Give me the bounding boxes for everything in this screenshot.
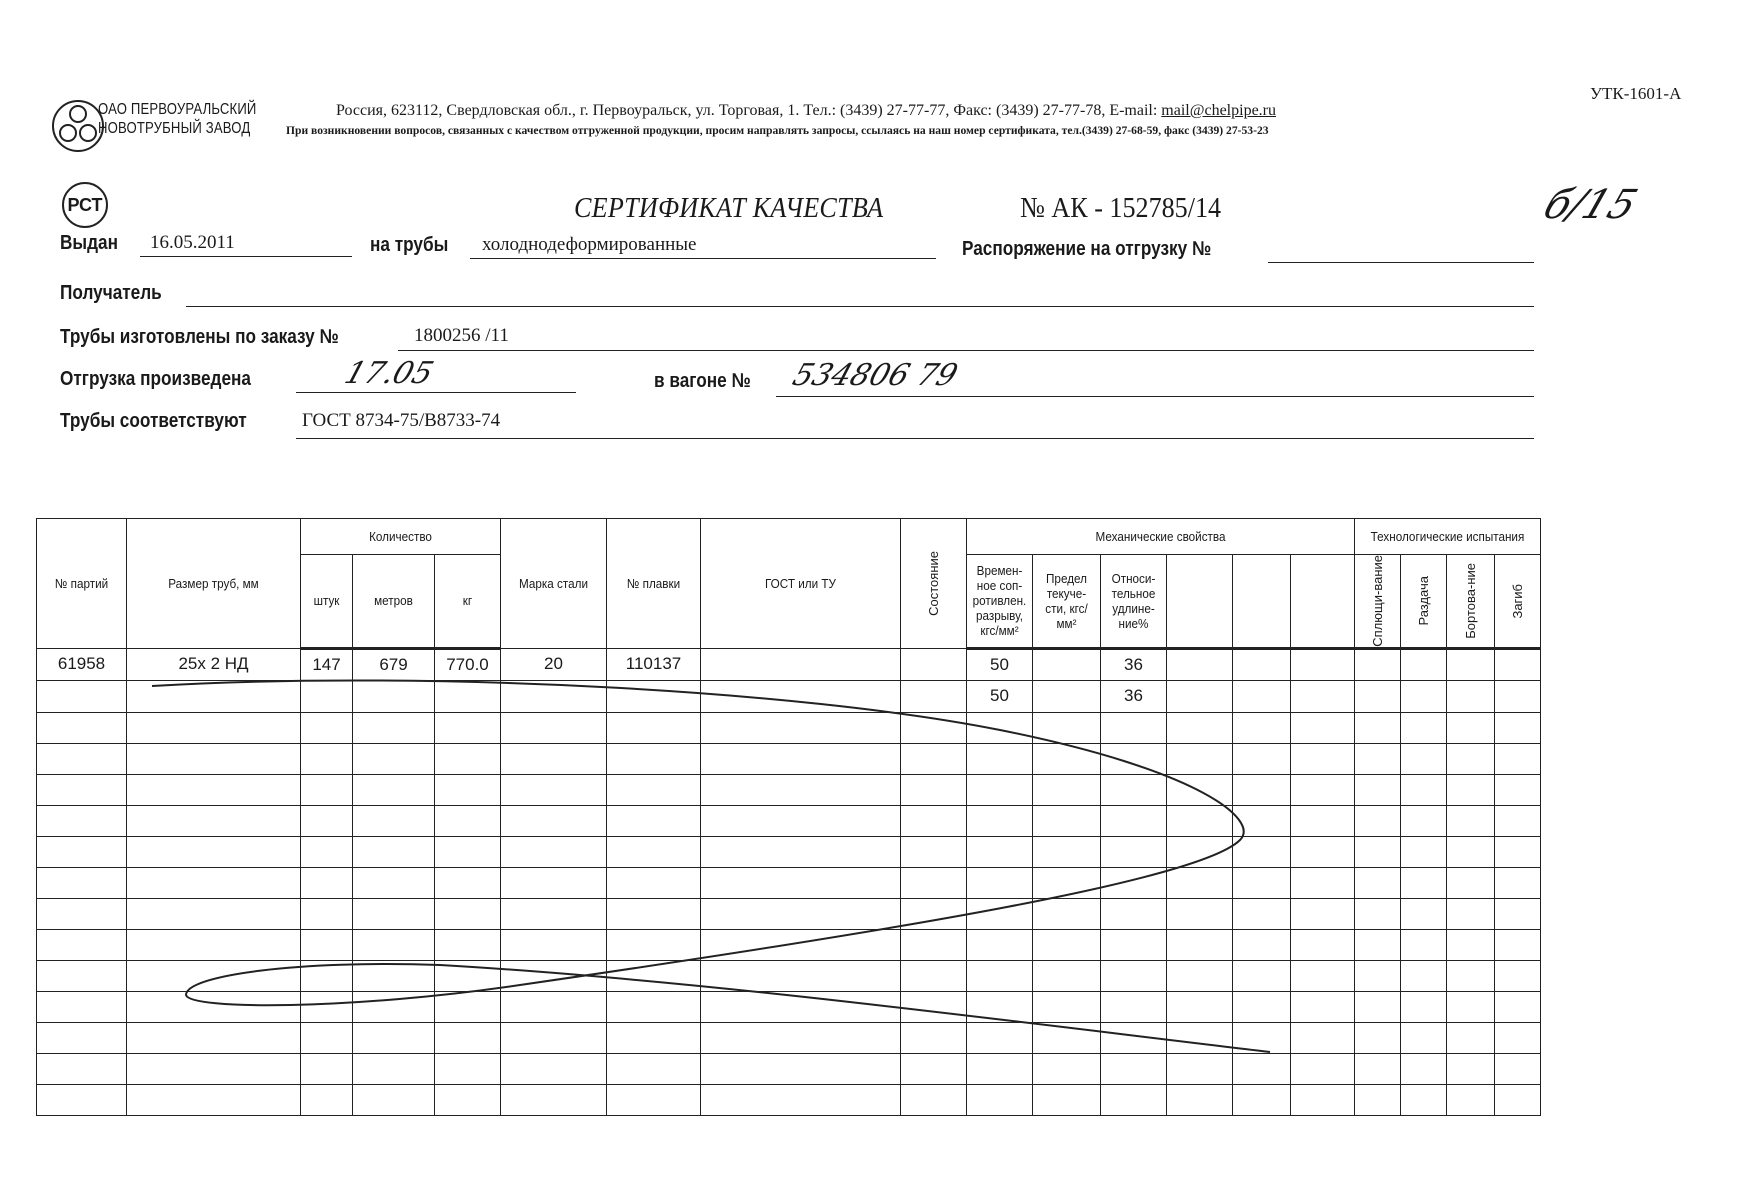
table-cell-m1: [1167, 743, 1233, 774]
table-cell-size: [127, 774, 301, 805]
table-cell-t2: [1401, 712, 1447, 743]
table-cell-melt: [607, 805, 701, 836]
table-cell-tensile: [967, 867, 1033, 898]
table-cell-pieces: [301, 929, 353, 960]
table-cell-t4: [1495, 743, 1541, 774]
table-cell-batch: [37, 898, 127, 929]
header-technological: Технологические испытания: [1355, 519, 1541, 555]
table-cell-t1: [1355, 743, 1401, 774]
table-cell-batch: [37, 1084, 127, 1115]
table-cell-tensile: [967, 805, 1033, 836]
table-cell-m3: [1291, 836, 1355, 867]
table-row: [37, 929, 1541, 960]
rst-certification-icon: РСТ: [62, 182, 108, 228]
table-cell-melt: [607, 991, 701, 1022]
table-cell-m3: [1291, 805, 1355, 836]
wagon-label: в вагоне №: [654, 370, 751, 393]
table-cell-m1: [1167, 774, 1233, 805]
table-cell-steel: [501, 805, 607, 836]
table-row: [37, 898, 1541, 929]
table-cell-state: [901, 743, 967, 774]
table-cell-pieces: [301, 1053, 353, 1084]
table-cell-meters: [353, 712, 435, 743]
table-cell-state: [901, 774, 967, 805]
table-cell-tensile: 50: [967, 680, 1033, 712]
table-cell-yield: [1033, 1022, 1101, 1053]
table-cell-m2: [1233, 680, 1291, 712]
table-cell-m2: [1233, 774, 1291, 805]
table-cell-t4: [1495, 1053, 1541, 1084]
table-cell-melt: [607, 836, 701, 867]
table-cell-steel: [501, 743, 607, 774]
table-cell-pieces: [301, 1022, 353, 1053]
table-cell-elong: [1101, 867, 1167, 898]
table-cell-kg: [435, 1053, 501, 1084]
table-cell-yield: [1033, 867, 1101, 898]
header-state: Состояние: [901, 519, 967, 649]
table-cell-t4: [1495, 712, 1541, 743]
table-cell-state: [901, 929, 967, 960]
table-cell-m2: [1233, 960, 1291, 991]
table-cell-meters: [353, 1053, 435, 1084]
header-mech-blank-1: [1167, 555, 1233, 649]
table-cell-m2: [1233, 743, 1291, 774]
table-cell-tensile: [967, 1084, 1033, 1115]
table-cell-melt: [607, 867, 701, 898]
table-cell-tensile: [967, 743, 1033, 774]
table-cell-meters: [353, 680, 435, 712]
table-cell-tensile: [967, 836, 1033, 867]
table-cell-t4: [1495, 1084, 1541, 1115]
table-cell-steel: [501, 991, 607, 1022]
table-cell-t2: [1401, 898, 1447, 929]
table-cell-kg: [435, 774, 501, 805]
table-cell-kg: [435, 867, 501, 898]
table-row: [37, 960, 1541, 991]
table-cell-gost: [701, 898, 901, 929]
table-cell-tensile: [967, 898, 1033, 929]
table-cell-melt: [607, 1084, 701, 1115]
table-cell-elong: [1101, 960, 1167, 991]
table-cell-elong: 36: [1101, 648, 1167, 680]
table-cell-melt: [607, 1053, 701, 1084]
header-mech-blank-2: [1233, 555, 1291, 649]
table-cell-t3: [1447, 867, 1495, 898]
table-cell-state: [901, 712, 967, 743]
table-cell-state: [901, 960, 967, 991]
table-cell-size: [127, 1022, 301, 1053]
table-cell-size: [127, 836, 301, 867]
email-link[interactable]: mail@chelpipe.ru: [1161, 102, 1276, 119]
table-cell-batch: [37, 960, 127, 991]
table-cell-pieces: 147: [301, 648, 353, 680]
header-pieces: штук: [301, 555, 353, 649]
table-cell-tensile: [967, 1022, 1033, 1053]
table-cell-gost: [701, 991, 901, 1022]
table-cell-yield: [1033, 960, 1101, 991]
table-cell-kg: [435, 743, 501, 774]
table-cell-pieces: [301, 1084, 353, 1115]
table-cell-kg: [435, 991, 501, 1022]
company-name-line1: ОАО ПЕРВОУРАЛЬСКИЙ: [98, 100, 257, 119]
table-cell-size: [127, 867, 301, 898]
table-cell-tensile: [967, 1053, 1033, 1084]
table-row: 5036: [37, 680, 1541, 712]
header-kg: кг: [435, 555, 501, 649]
table-cell-pieces: [301, 743, 353, 774]
table-cell-t4: [1495, 867, 1541, 898]
table-cell-t3: [1447, 1084, 1495, 1115]
table-cell-state: [901, 867, 967, 898]
table-cell-t3: [1447, 1022, 1495, 1053]
table-cell-batch: [37, 1053, 127, 1084]
table-cell-t1: [1355, 960, 1401, 991]
table-cell-melt: 110137: [607, 648, 701, 680]
table-cell-elong: [1101, 1053, 1167, 1084]
table-cell-kg: [435, 898, 501, 929]
table-cell-meters: [353, 991, 435, 1022]
table-cell-m3: [1291, 712, 1355, 743]
table-cell-tensile: 50: [967, 648, 1033, 680]
table-cell-gost: [701, 1084, 901, 1115]
table-row: [37, 867, 1541, 898]
shipping-order-label: Распоряжение на отгрузку №: [962, 238, 1211, 261]
table-cell-meters: [353, 929, 435, 960]
header-quantity: Количество: [301, 519, 501, 555]
table-cell-yield: [1033, 648, 1101, 680]
table-cell-pieces: [301, 960, 353, 991]
table-cell-kg: 770.0: [435, 648, 501, 680]
header-size: Размер труб, мм: [127, 519, 301, 649]
table-cell-melt: [607, 1022, 701, 1053]
table-cell-meters: [353, 805, 435, 836]
header-batch: № партий: [37, 519, 127, 649]
table-cell-m3: [1291, 680, 1355, 712]
table-cell-yield: [1033, 929, 1101, 960]
table-cell-state: [901, 991, 967, 1022]
table-cell-steel: 20: [501, 648, 607, 680]
table-cell-size: [127, 712, 301, 743]
table-cell-batch: [37, 774, 127, 805]
table-cell-t2: [1401, 1084, 1447, 1115]
table-cell-m2: [1233, 836, 1291, 867]
table-cell-m3: [1291, 898, 1355, 929]
table-cell-gost: [701, 960, 901, 991]
table-cell-yield: [1033, 836, 1101, 867]
table-cell-m1: [1167, 648, 1233, 680]
table-cell-m3: [1291, 867, 1355, 898]
table-cell-size: [127, 1053, 301, 1084]
table-cell-m3: [1291, 1022, 1355, 1053]
table-cell-t3: [1447, 991, 1495, 1022]
table-cell-pieces: [301, 836, 353, 867]
table-cell-kg: [435, 805, 501, 836]
table-cell-kg: [435, 680, 501, 712]
table-cell-size: [127, 1084, 301, 1115]
document-code: УТК-1601-А: [1590, 84, 1681, 104]
header-yield: Предел текуче-сти, кгс/мм²: [1033, 555, 1101, 649]
table-cell-m2: [1233, 1022, 1291, 1053]
table-cell-meters: [353, 867, 435, 898]
table-cell-gost: [701, 805, 901, 836]
table-cell-m3: [1291, 960, 1355, 991]
table-cell-yield: [1033, 1084, 1101, 1115]
header-tensile: Времен-ное соп-ротивлен. разрыву, кгс/мм…: [967, 555, 1033, 649]
table-cell-melt: [607, 960, 701, 991]
table-cell-m2: [1233, 805, 1291, 836]
table-cell-m3: [1291, 774, 1355, 805]
table-cell-t1: [1355, 1022, 1401, 1053]
issued-label: Выдан: [60, 232, 118, 255]
table-cell-t1: [1355, 898, 1401, 929]
table-cell-t3: [1447, 898, 1495, 929]
header-gost: ГОСТ или ТУ: [701, 519, 901, 649]
table-cell-m2: [1233, 867, 1291, 898]
table-cell-t2: [1401, 836, 1447, 867]
table-cell-gost: [701, 774, 901, 805]
table-cell-t4: [1495, 991, 1541, 1022]
table-cell-batch: [37, 1022, 127, 1053]
table-cell-t4: [1495, 960, 1541, 991]
table-cell-gost: [701, 1022, 901, 1053]
table-cell-t1: [1355, 836, 1401, 867]
table-cell-m1: [1167, 991, 1233, 1022]
table-row: [37, 991, 1541, 1022]
table-cell-yield: [1033, 1053, 1101, 1084]
table-cell-elong: [1101, 836, 1167, 867]
table-cell-m1: [1167, 867, 1233, 898]
shipment-date-value: 17.05: [340, 356, 437, 391]
table-cell-gost: [701, 867, 901, 898]
table-cell-yield: [1033, 805, 1101, 836]
table-row: [37, 805, 1541, 836]
header-expansion: Раздача: [1401, 555, 1447, 649]
table-cell-t2: [1401, 929, 1447, 960]
table-cell-m1: [1167, 805, 1233, 836]
table-cell-t3: [1447, 960, 1495, 991]
table-cell-m1: [1167, 960, 1233, 991]
table-row: [37, 1053, 1541, 1084]
document-title: СЕРТИФИКАТ КАЧЕСТВА: [574, 192, 883, 225]
table-cell-meters: [353, 743, 435, 774]
table-cell-yield: [1033, 774, 1101, 805]
header-elongation: Относи-тельное удлине-ние%: [1101, 555, 1167, 649]
table-row: [37, 1084, 1541, 1115]
table-cell-size: [127, 898, 301, 929]
table-cell-steel: [501, 836, 607, 867]
table-cell-t2: [1401, 805, 1447, 836]
table-cell-steel: [501, 898, 607, 929]
table-cell-pieces: [301, 867, 353, 898]
header-melt: № плавки: [607, 519, 701, 649]
table-row: 6195825х 2 НД147679770.0201101375036: [37, 648, 1541, 680]
table-cell-state: [901, 836, 967, 867]
table-cell-m1: [1167, 680, 1233, 712]
table-cell-kg: [435, 960, 501, 991]
table-cell-steel: [501, 1084, 607, 1115]
table-cell-gost: [701, 648, 901, 680]
table-cell-pieces: [301, 991, 353, 1022]
table-cell-m1: [1167, 1022, 1233, 1053]
table-cell-elong: [1101, 929, 1167, 960]
table-cell-t2: [1401, 1022, 1447, 1053]
table-cell-elong: [1101, 1084, 1167, 1115]
order-number-value: 1800256 /11: [414, 325, 509, 347]
table-cell-batch: [37, 991, 127, 1022]
conformity-label: Трубы соответствуют: [60, 410, 247, 433]
company-name: ОАО ПЕРВОУРАЛЬСКИЙ НОВОТРУБНЫЙ ЗАВОД: [98, 100, 257, 138]
table-cell-m3: [1291, 743, 1355, 774]
table-cell-m1: [1167, 1053, 1233, 1084]
header-mechanical: Механические свойства: [967, 519, 1355, 555]
table-cell-gost: [701, 680, 901, 712]
table-cell-m3: [1291, 1084, 1355, 1115]
table-cell-state: [901, 1022, 967, 1053]
table-cell-m2: [1233, 898, 1291, 929]
table-cell-steel: [501, 680, 607, 712]
table-row: [37, 743, 1541, 774]
table-cell-batch: [37, 712, 127, 743]
table-cell-t4: [1495, 898, 1541, 929]
table-cell-melt: [607, 712, 701, 743]
table-cell-state: [901, 898, 967, 929]
table-cell-yield: [1033, 898, 1101, 929]
table-cell-size: [127, 743, 301, 774]
table-cell-t2: [1401, 774, 1447, 805]
table-cell-t1: [1355, 929, 1401, 960]
table-cell-steel: [501, 867, 607, 898]
table-row: [37, 836, 1541, 867]
certificate-number: № АК - 152785/14: [1020, 192, 1221, 225]
table-cell-yield: [1033, 743, 1101, 774]
table-cell-meters: [353, 1084, 435, 1115]
table-cell-t3: [1447, 648, 1495, 680]
header-steel: Марка стали: [501, 519, 607, 649]
table-cell-batch: [37, 743, 127, 774]
table-cell-elong: [1101, 898, 1167, 929]
handwritten-mark: б/15: [1538, 182, 1644, 228]
table-cell-kg: [435, 712, 501, 743]
table-cell-size: 25х 2 НД: [127, 648, 301, 680]
quality-table: № партий Размер труб, мм Количество Марк…: [36, 518, 1541, 1116]
table-cell-gost: [701, 712, 901, 743]
table-cell-t3: [1447, 836, 1495, 867]
header-mech-blank-3: [1291, 555, 1355, 649]
table-cell-melt: [607, 680, 701, 712]
table-cell-batch: [37, 805, 127, 836]
table-cell-m2: [1233, 1053, 1291, 1084]
table-cell-elong: [1101, 712, 1167, 743]
table-cell-t4: [1495, 648, 1541, 680]
table-cell-size: [127, 929, 301, 960]
table-cell-size: [127, 805, 301, 836]
table-cell-gost: [701, 836, 901, 867]
table-cell-steel: [501, 712, 607, 743]
table-cell-state: [901, 805, 967, 836]
recipient-label: Получатель: [60, 282, 162, 305]
table-cell-t3: [1447, 743, 1495, 774]
issued-value: 16.05.2011: [150, 232, 235, 254]
table-cell-t3: [1447, 1053, 1495, 1084]
table-cell-m3: [1291, 991, 1355, 1022]
table-cell-gost: [701, 1053, 901, 1084]
table-cell-t3: [1447, 805, 1495, 836]
table-cell-kg: [435, 1022, 501, 1053]
table-cell-pieces: [301, 680, 353, 712]
table-cell-pieces: [301, 805, 353, 836]
table-cell-t4: [1495, 836, 1541, 867]
table-cell-meters: [353, 960, 435, 991]
table-cell-t1: [1355, 805, 1401, 836]
table-cell-t3: [1447, 929, 1495, 960]
company-address: Россия, 623112, Свердловская обл., г. Пе…: [336, 102, 1276, 120]
table-cell-t3: [1447, 712, 1495, 743]
header-flanging: Бортова-ние: [1447, 555, 1495, 649]
table-cell-melt: [607, 743, 701, 774]
table-cell-t4: [1495, 805, 1541, 836]
table-cell-meters: 679: [353, 648, 435, 680]
table-cell-t2: [1401, 680, 1447, 712]
table-row: [37, 712, 1541, 743]
table-cell-size: [127, 680, 301, 712]
table-cell-t3: [1447, 774, 1495, 805]
table-cell-t1: [1355, 867, 1401, 898]
table-cell-state: [901, 1053, 967, 1084]
company-logo-icon: [52, 100, 104, 152]
address-text: Россия, 623112, Свердловская обл., г. Пе…: [336, 102, 1161, 119]
table-cell-pieces: [301, 774, 353, 805]
table-cell-tensile: [967, 712, 1033, 743]
table-cell-state: [901, 648, 967, 680]
table-cell-gost: [701, 743, 901, 774]
table-row: [37, 774, 1541, 805]
table-cell-tensile: [967, 774, 1033, 805]
table-cell-elong: [1101, 991, 1167, 1022]
table-cell-t4: [1495, 929, 1541, 960]
table-cell-steel: [501, 929, 607, 960]
wagon-number-value: 534806 79: [788, 358, 962, 393]
order-number-label: Трубы изготовлены по заказу №: [60, 326, 339, 349]
table-cell-gost: [701, 929, 901, 960]
shipment-date-label: Отгрузка произведена: [60, 368, 251, 391]
table-cell-state: [901, 1084, 967, 1115]
table-cell-kg: [435, 836, 501, 867]
table-cell-batch: [37, 680, 127, 712]
table-cell-t1: [1355, 712, 1401, 743]
table-cell-m1: [1167, 712, 1233, 743]
table-row: [37, 1022, 1541, 1053]
table-cell-elong: [1101, 805, 1167, 836]
table-cell-m2: [1233, 712, 1291, 743]
table-cell-t4: [1495, 774, 1541, 805]
table-cell-t2: [1401, 960, 1447, 991]
table-cell-yield: [1033, 680, 1101, 712]
table-cell-steel: [501, 1022, 607, 1053]
table-cell-t2: [1401, 991, 1447, 1022]
table-cell-m2: [1233, 648, 1291, 680]
table-cell-t1: [1355, 1084, 1401, 1115]
conformity-value: ГОСТ 8734-75/В8733-74: [302, 410, 500, 432]
table-cell-yield: [1033, 991, 1101, 1022]
table-cell-m3: [1291, 1053, 1355, 1084]
table-cell-tensile: [967, 960, 1033, 991]
table-cell-elong: 36: [1101, 680, 1167, 712]
pipes-label: на трубы: [370, 234, 448, 257]
table-cell-batch: 61958: [37, 648, 127, 680]
quality-notice: При возникновении вопросов, связанных с …: [286, 124, 1269, 137]
table-cell-m2: [1233, 929, 1291, 960]
table-cell-yield: [1033, 712, 1101, 743]
